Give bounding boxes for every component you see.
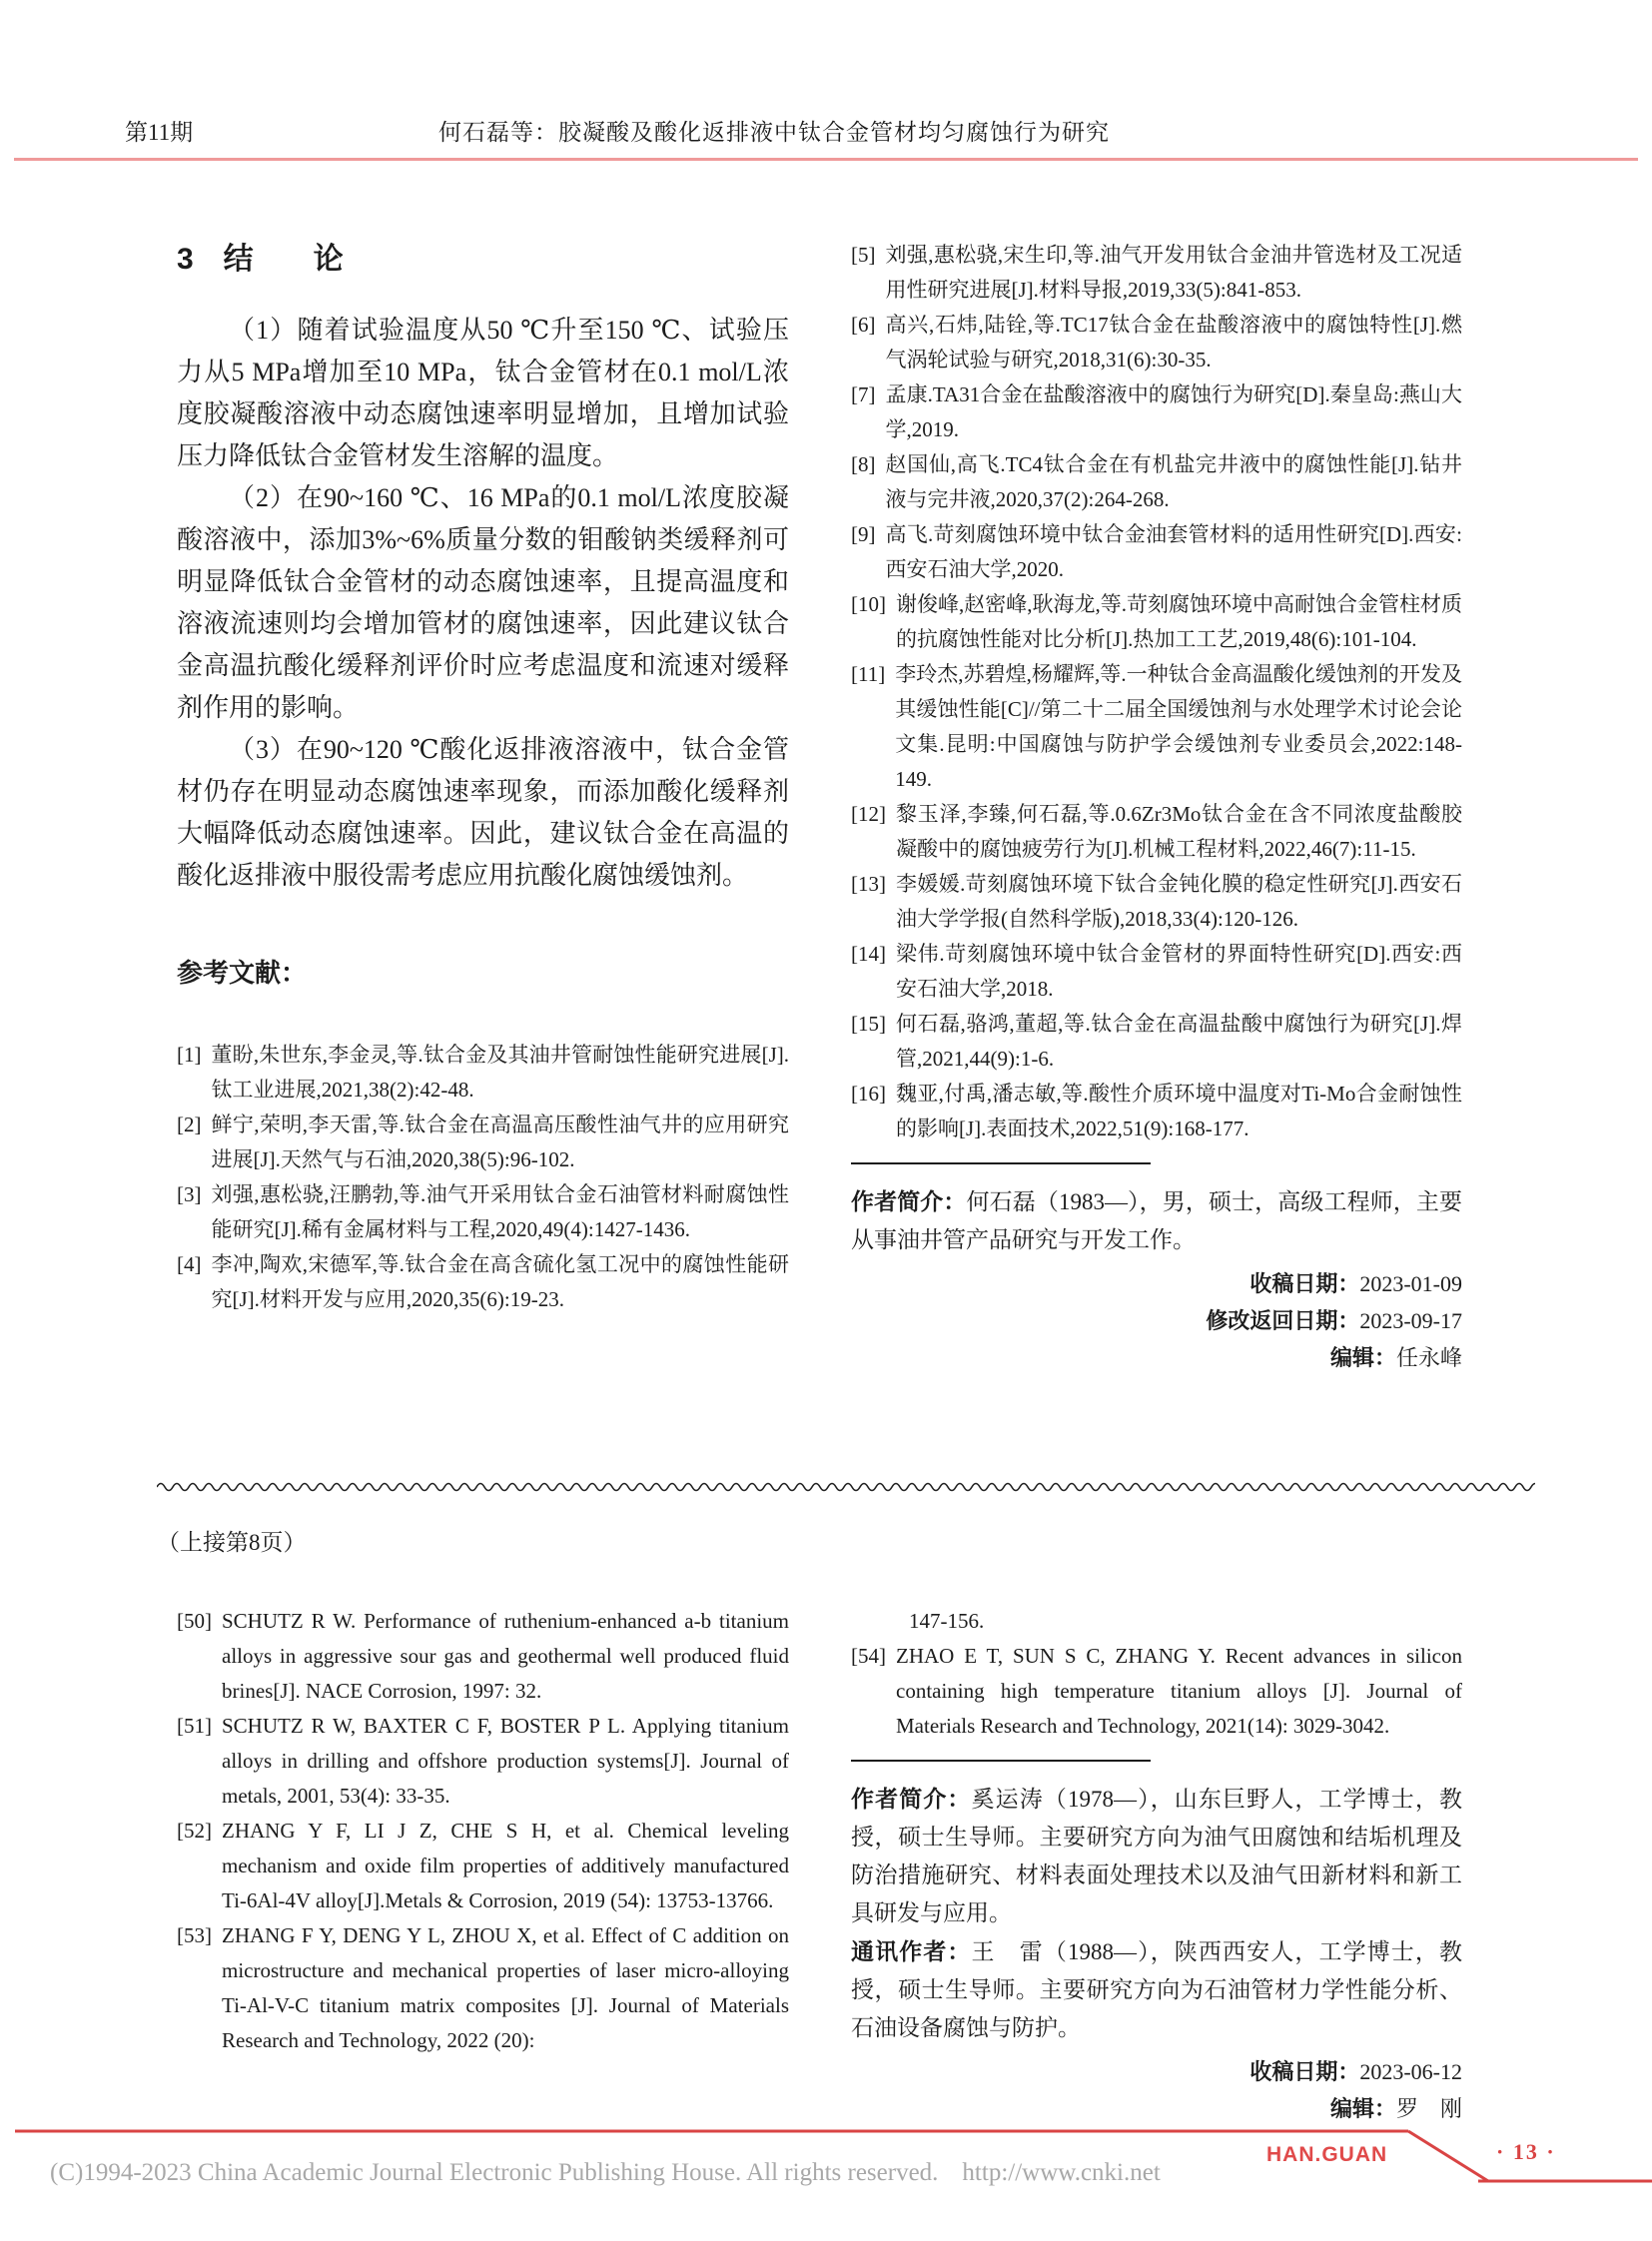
footer-rule-diagonal <box>1408 2131 1488 2181</box>
reference-item-3: [3] 刘强,惠松骁,汪鹏勃,等.油气开采用钛合金石油管材料耐腐蚀性能研究[J]… <box>177 1177 789 1247</box>
column-top-left: 3 结 论 （1）随着试验温度从50 ℃升至150 ℃、试验压力从5 MPa增加… <box>177 234 789 1317</box>
page-number: · 13 · <box>1496 2139 1556 2165</box>
reference-number: [52] <box>177 1814 212 1918</box>
reference-number: [1] <box>177 1038 202 1108</box>
author-bio-label: 作者简介： <box>851 1188 967 1214</box>
references-heading: 参考文献： <box>177 953 789 990</box>
reference-number: [11] <box>851 657 885 797</box>
reference-item-7: [7] 孟康.TA31合金在盐酸溶液中的腐蚀行为研究[D].秦皇岛:燕山大学,2… <box>851 377 1462 447</box>
reference-item-11: [11] 李玲杰,苏碧煌,杨耀辉,等.一种钛合金高温酸化缓蚀剂的开发及其缓蚀性能… <box>851 657 1462 797</box>
continued-from-note: （上接第8页） <box>157 1524 307 1557</box>
reference-number: [54] <box>851 1639 886 1744</box>
reference-number: [13] <box>851 867 886 937</box>
reference-number: [15] <box>851 1007 886 1077</box>
reference-text: 李媛媛.苛刻腐蚀环境下钛合金钝化膜的稳定性研究[J].西安石油大学学报(自然科学… <box>896 867 1462 937</box>
reference-number: [10] <box>851 587 886 657</box>
revised-date: 2023-09-17 <box>1359 1308 1462 1333</box>
reference-text: 刘强,惠松骁,宋生印,等.油气开发用钛合金油井管选材及工况适用性研究进展[J].… <box>886 238 1463 308</box>
reference-number: [8] <box>851 447 876 517</box>
reference-text: 孟康.TA31合金在盐酸溶液中的腐蚀行为研究[D].秦皇岛:燕山大学,2019. <box>886 377 1463 447</box>
editor-label: 编辑： <box>1330 1345 1396 1370</box>
reference-number: [9] <box>851 517 876 587</box>
reference-number: [51] <box>177 1709 212 1814</box>
reference-item-1: [1] 董盼,朱世东,李金灵,等.钛合金及其油井管耐蚀性能研究进展[J].钛工业… <box>177 1038 789 1108</box>
journal-page: 第11期 何石磊等：胶凝酸及酸化返排液中钛合金管材均匀腐蚀行为研究 3 结 论 … <box>0 0 1652 2241</box>
received-label-bottom: 收稿日期： <box>1249 2059 1359 2084</box>
reference-number: [14] <box>851 937 886 1007</box>
author-bio-1: 作者简介：奚运涛（1978—），山东巨野人，工学博士，教授，硕士生导师。主要研究… <box>851 1780 1462 1932</box>
reference-text: ZHANG F Y, DENG Y L, ZHOU X, et al. Effe… <box>222 1918 789 2058</box>
conclusion-paragraph-3: （3）在90~120 ℃酸化返排液溶液中，钛合金管材仍存在明显动态腐蚀速率现象，… <box>177 729 789 897</box>
reference-item-15: [15] 何石磊,骆鸿,董超,等.钛合金在高温盐酸中腐蚀行为研究[J].焊管,2… <box>851 1007 1462 1077</box>
reference-text: ZHAO E T, SUN S C, ZHANG Y. Recent advan… <box>896 1639 1462 1744</box>
conclusion-paragraph-1: （1）随着试验温度从50 ℃升至150 ℃、试验压力从5 MPa增加至10 MP… <box>177 310 789 477</box>
reference-text: ZHANG Y F, LI J Z, CHE S H, et al. Chemi… <box>222 1814 789 1918</box>
received-label: 收稿日期： <box>1249 1271 1359 1296</box>
reference-item-8: [8] 赵国仙,高飞.TC4钛合金在有机盐完井液中的腐蚀性能[J].钻井液与完井… <box>851 447 1462 517</box>
corresponding-author-label: 通讯作者： <box>851 1938 972 1964</box>
reference-number: [7] <box>851 377 876 447</box>
reference-item-2: [2] 鲜宁,荣明,李天雷,等.钛合金在高温高压酸性油气井的应用研究进展[J].… <box>177 1108 789 1177</box>
reference-text: 梁伟.苛刻腐蚀环境中钛合金管材的界面特性研究[D].西安:西安石油大学,2018… <box>896 937 1462 1007</box>
column-bottom-right: 147-156. [54] ZHAO E T, SUN S C, ZHANG Y… <box>851 1604 1462 2127</box>
reference-text: 谢俊峰,赵密峰,耿海龙,等.苛刻腐蚀环境中高耐蚀合金管柱材质的抗腐蚀性能对比分析… <box>896 587 1462 657</box>
reference-text: 高飞.苛刻腐蚀环境中钛合金油套管材料的适用性研究[D].西安:西安石油大学,20… <box>886 517 1463 587</box>
reference-text: SCHUTZ R W, BAXTER C F, BOSTER P L. Appl… <box>222 1709 789 1814</box>
received-date-line: 收稿日期：2023-01-09 <box>851 1265 1462 1302</box>
reference-item-6: [6] 高兴,石炜,陆铨,等.TC17钛合金在盐酸溶液中的腐蚀特性[J].燃气涡… <box>851 308 1462 377</box>
reference-number: [12] <box>851 797 886 867</box>
reference-text: 高兴,石炜,陆铨,等.TC17钛合金在盐酸溶液中的腐蚀特性[J].燃气涡轮试验与… <box>886 308 1463 377</box>
reference-number: [4] <box>177 1247 202 1317</box>
reference-number: [5] <box>851 238 876 308</box>
section-heading-conclusion: 3 结 论 <box>177 234 789 278</box>
received-date-line-bottom: 收稿日期：2023-06-12 <box>851 2053 1462 2090</box>
reference-item-50: [50] SCHUTZ R W. Performance of rutheniu… <box>177 1604 789 1709</box>
author-bio-2: 通讯作者：王 雷（1988—），陕西西安人，工学博士，教授，硕士生导师。主要研究… <box>851 1932 1462 2047</box>
reference-number: [50] <box>177 1604 212 1709</box>
revised-date-line: 修改返回日期：2023-09-17 <box>851 1302 1462 1339</box>
reference-item-16: [16] 魏亚,付禹,潘志敏,等.酸性介质环境中温度对Ti-Mo合金耐蚀性的影响… <box>851 1077 1462 1146</box>
reference-number: [16] <box>851 1077 886 1146</box>
reference-number: [2] <box>177 1108 202 1177</box>
author-bio-1-label: 作者简介： <box>851 1786 972 1812</box>
editor-line: 编辑：任永峰 <box>851 1339 1462 1376</box>
author-note-rule <box>851 1162 1151 1164</box>
copyright-text: (C)1994-2023 China Academic Journal Elec… <box>50 2159 938 2186</box>
reference-text: 董盼,朱世东,李金灵,等.钛合金及其油井管耐蚀性能研究进展[J].钛工业进展,2… <box>212 1038 790 1108</box>
reference-text: 鲜宁,荣明,李天雷,等.钛合金在高温高压酸性油气井的应用研究进展[J].天然气与… <box>212 1108 790 1177</box>
revised-label: 修改返回日期： <box>1206 1308 1359 1333</box>
reference-item-4: [4] 李冲,陶欢,宋德军,等.钛合金在高含硫化氢工况中的腐蚀性能研究[J].材… <box>177 1247 789 1317</box>
conclusion-paragraph-2: （2）在90~160 ℃、16 MPa的0.1 mol/L浓度胶凝酸溶液中，添加… <box>177 477 789 729</box>
reference-text: 赵国仙,高飞.TC4钛合金在有机盐完井液中的腐蚀性能[J].钻井液与完井液,20… <box>886 447 1463 517</box>
cnki-url: http://www.cnki.net <box>962 2159 1160 2186</box>
reference-text: 何石磊,骆鸿,董超,等.钛合金在高温盐酸中腐蚀行为研究[J].焊管,2021,4… <box>896 1007 1462 1077</box>
column-top-right: [5] 刘强,惠松骁,宋生印,等.油气开发用钛合金油井管选材及工况适用性研究进展… <box>851 238 1462 1376</box>
reference-item-54: [54] ZHAO E T, SUN S C, ZHANG Y. Recent … <box>851 1639 1462 1744</box>
received-date: 2023-01-09 <box>1359 1271 1462 1296</box>
editor-name: 任永峰 <box>1396 1345 1462 1370</box>
reference-number: [53] <box>177 1918 212 2058</box>
reference-text: 魏亚,付禹,潘志敏,等.酸性介质环境中温度对Ti-Mo合金耐蚀性的影响[J].表… <box>896 1077 1462 1146</box>
reference-text: 李玲杰,苏碧煌,杨耀辉,等.一种钛合金高温酸化缓蚀剂的开发及其缓蚀性能[C]//… <box>895 657 1462 797</box>
reference-item-12: [12] 黎玉泽,李臻,何石磊,等.0.6Zr3Mo钛合金在含不同浓度盐酸胶凝酸… <box>851 797 1462 867</box>
reference-text: 李冲,陶欢,宋德军,等.钛合金在高含硫化氢工况中的腐蚀性能研究[J].材料开发与… <box>212 1247 790 1317</box>
author-bio: 作者简介：何石磊（1983—），男，硕士，高级工程师，主要从事油井管产品研究与开… <box>851 1182 1462 1259</box>
reference-item-9: [9] 高飞.苛刻腐蚀环境中钛合金油套管材料的适用性研究[D].西安:西安石油大… <box>851 517 1462 587</box>
reference-text: SCHUTZ R W. Performance of ruthenium-enh… <box>222 1604 789 1709</box>
copyright-watermark: (C)1994-2023 China Academic Journal Elec… <box>50 2159 1161 2187</box>
received-date-bottom: 2023-06-12 <box>1359 2059 1462 2084</box>
reference-53-continuation: 147-156. <box>851 1604 1462 1639</box>
reference-text: 刘强,惠松骁,汪鹏勃,等.油气开采用钛合金石油管材料耐腐蚀性能研究[J].稀有金… <box>212 1177 790 1247</box>
column-bottom-left: [50] SCHUTZ R W. Performance of rutheniu… <box>177 1604 789 2058</box>
reference-item-13: [13] 李媛媛.苛刻腐蚀环境下钛合金钝化膜的稳定性研究[J].西安石油大学学报… <box>851 867 1462 937</box>
reference-item-52: [52] ZHANG Y F, LI J Z, CHE S H, et al. … <box>177 1814 789 1918</box>
reference-item-5: [5] 刘强,惠松骁,宋生印,等.油气开发用钛合金油井管选材及工况适用性研究进展… <box>851 238 1462 308</box>
reference-item-10: [10] 谢俊峰,赵密峰,耿海龙,等.苛刻腐蚀环境中高耐蚀合金管柱材质的抗腐蚀性… <box>851 587 1462 657</box>
reference-text: 黎玉泽,李臻,何石磊,等.0.6Zr3Mo钛合金在含不同浓度盐酸胶凝酸中的腐蚀疲… <box>896 797 1462 867</box>
header-rule <box>14 158 1638 161</box>
reference-item-51: [51] SCHUTZ R W, BAXTER C F, BOSTER P L.… <box>177 1709 789 1814</box>
journal-brand: HAN.GUAN <box>1266 2143 1387 2167</box>
reference-item-14: [14] 梁伟.苛刻腐蚀环境中钛合金管材的界面特性研究[D].西安:西安石油大学… <box>851 937 1462 1007</box>
reference-number: [6] <box>851 308 876 377</box>
reference-number: [3] <box>177 1177 202 1247</box>
header-running-title: 何石磊等：胶凝酸及酸化返排液中钛合金管材均匀腐蚀行为研究 <box>0 114 1548 147</box>
wavy-divider <box>157 1480 1535 1494</box>
author-note-rule-bottom <box>851 1760 1151 1762</box>
reference-item-53: [53] ZHANG F Y, DENG Y L, ZHOU X, et al.… <box>177 1918 789 2058</box>
